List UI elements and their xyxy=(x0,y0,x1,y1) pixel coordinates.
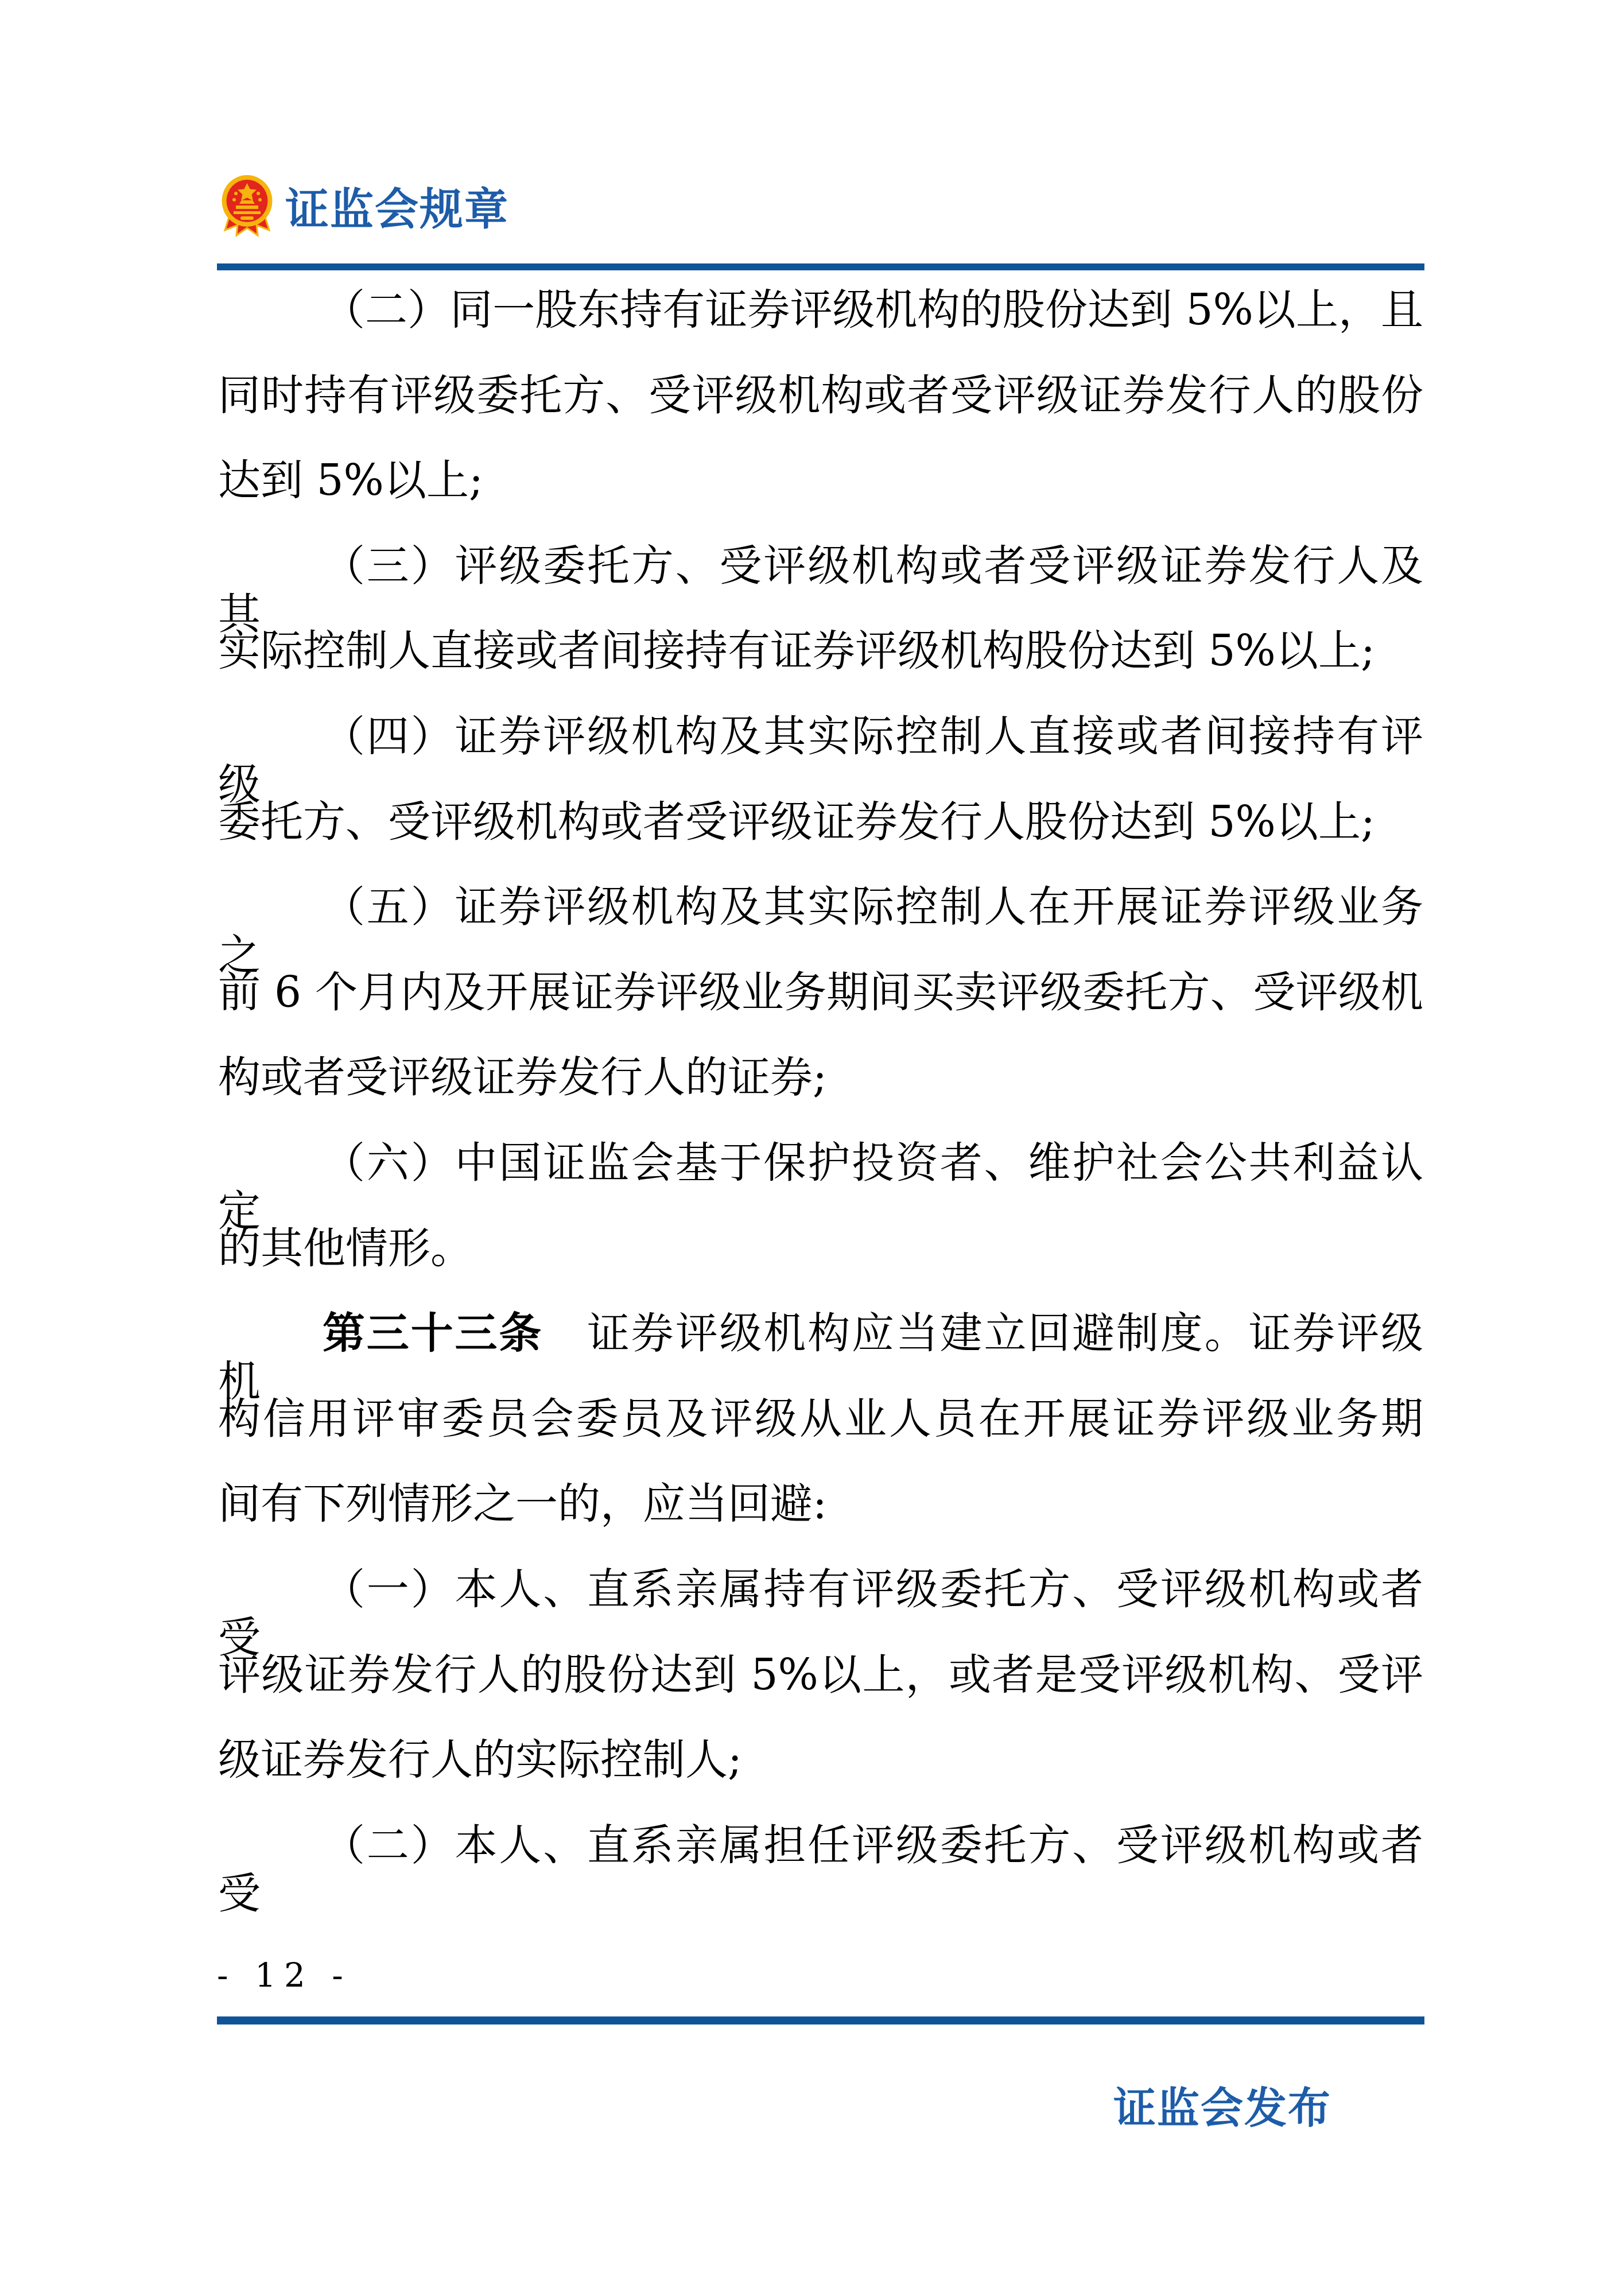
document-line: （一）本人、直系亲属持有评级委托方、受评级机构或者受 xyxy=(218,1565,1423,1662)
document-line: 第三十三条 证券评级机构应当建立回避制度。证券评级机 xyxy=(218,1309,1423,1406)
document-line: （二）同一股东持有证券评级机构的股份达到 5%以上，且 xyxy=(218,286,1423,334)
document-line: 构信用评审委员会委员及评级从业人员在开展证券评级业务期 xyxy=(218,1395,1423,1443)
document-page: 证监会规章 （二）同一股东持有证券评级机构的股份达到 5%以上，且同时持有评级委… xyxy=(0,0,1623,2296)
publisher-label: 证监会发布 xyxy=(1113,2087,1331,2130)
document-line: 实际控制人直接或者间接持有证券评级机构股份达到 5%以上; xyxy=(218,627,1423,675)
article-number: 第三十三条 xyxy=(323,1309,543,1358)
document-line: 前 6 个月内及开展证券评级业务期间买卖评级委托方、受评级机 xyxy=(218,968,1423,1017)
document-line: 达到 5%以上; xyxy=(218,456,1423,505)
document-line: 级证券发行人的实际控制人; xyxy=(218,1736,1423,1784)
document-line: 委托方、受评级机构或者受评级证券发行人股份达到 5%以上; xyxy=(218,798,1423,846)
document-line: （三）评级委托方、受评级机构或者受评级证券发行人及其 xyxy=(218,542,1423,638)
document-line: 的其他情形。 xyxy=(218,1224,1423,1273)
document-line: （二）本人、直系亲属担任评级委托方、受评级机构或者受 xyxy=(218,1821,1423,1918)
document-line: （六）中国证监会基于保护投资者、维护社会公共利益认定 xyxy=(218,1139,1423,1235)
footer-rule xyxy=(217,2016,1424,2024)
document-line: （四）证券评级机构及其实际控制人直接或者间接持有评级 xyxy=(218,712,1423,809)
document-line: （五）证券评级机构及其实际控制人在开展证券评级业务之 xyxy=(218,883,1423,979)
document-line: 构或者受评级证券发行人的证券; xyxy=(218,1053,1423,1102)
document-line: 同时持有评级委托方、受评级机构或者受评级证券发行人的股份 xyxy=(218,371,1423,420)
page-number: - 12 - xyxy=(217,1958,351,1992)
document-line: 评级证券发行人的股份达到 5%以上，或者是受评级机构、受评 xyxy=(218,1651,1423,1699)
document-line: 间有下列情形之一的，应当回避: xyxy=(218,1480,1423,1528)
document-body: （二）同一股东持有证券评级机构的股份达到 5%以上，且同时持有评级委托方、受评级… xyxy=(0,0,1623,2296)
